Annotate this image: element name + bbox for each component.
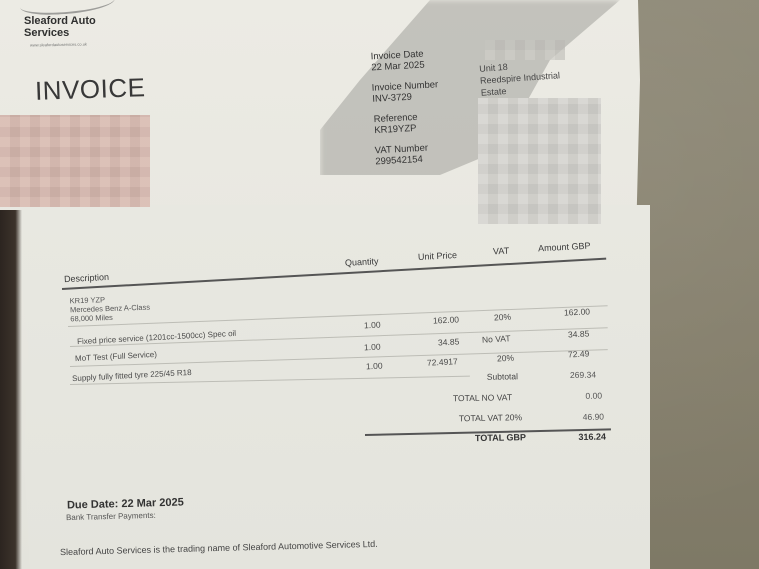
subtotal-label: Subtotal [428,371,518,383]
total-vat-label: TOTAL VAT 20% [432,412,522,424]
reference-block: Reference KR19YZP [373,112,418,136]
company-name-line1: Sleaford Auto [24,15,96,27]
redacted-company-contact [478,98,601,224]
row3-vat: 20% [497,353,515,364]
company-address: Unit 18 Reedspire Industrial Estate [479,57,561,98]
vat-number-block: VAT Number 299542154 [374,143,428,168]
row3-unit-price: 72.4917 [427,356,458,368]
total-vat-value: 46.90 [554,412,604,423]
invoice-number-block: Invoice Number INV-3729 [371,79,439,104]
hand-edge [0,210,22,569]
company-name-line2: Services [24,27,96,39]
row1-vat: 20% [494,312,512,323]
total-gbp-value: 316.24 [556,432,606,443]
total-no-vat-value: 0.00 [552,391,602,402]
row3-quantity: 1.00 [366,361,383,372]
vehicle-info: KR19 YZP Mercedes Benz A-Class 68,000 Mi… [70,294,151,324]
company-name: Sleaford Auto Services [24,15,96,39]
header-vat: VAT [493,246,510,257]
total-no-vat-label: TOTAL NO VAT [422,392,512,404]
row1-quantity: 1.00 [364,320,381,331]
row1-unit-price: 162.00 [433,314,459,325]
subtotal-value: 269.34 [546,370,596,381]
row2-unit-price: 34.85 [438,336,460,347]
row1-amount: 162.00 [564,306,590,317]
invoice-date-block: Invoice Date 22 Mar 2025 [370,49,424,74]
redacted-customer-address [0,115,150,207]
company-website: www.sleafordautoservices.co.uk [30,42,87,48]
total-gbp-label: TOTAL GBP [436,432,526,444]
document-title: INVOICE [34,72,145,107]
row3-amount: 72.49 [568,348,590,359]
reference-value: KR19YZP [374,123,418,136]
header-quantity: Quantity [345,256,379,268]
row2-vat: No VAT [482,333,511,344]
row2-amount: 34.85 [568,328,590,339]
row2-quantity: 1.00 [364,342,381,353]
header-unit-price: Unit Price [418,250,457,262]
